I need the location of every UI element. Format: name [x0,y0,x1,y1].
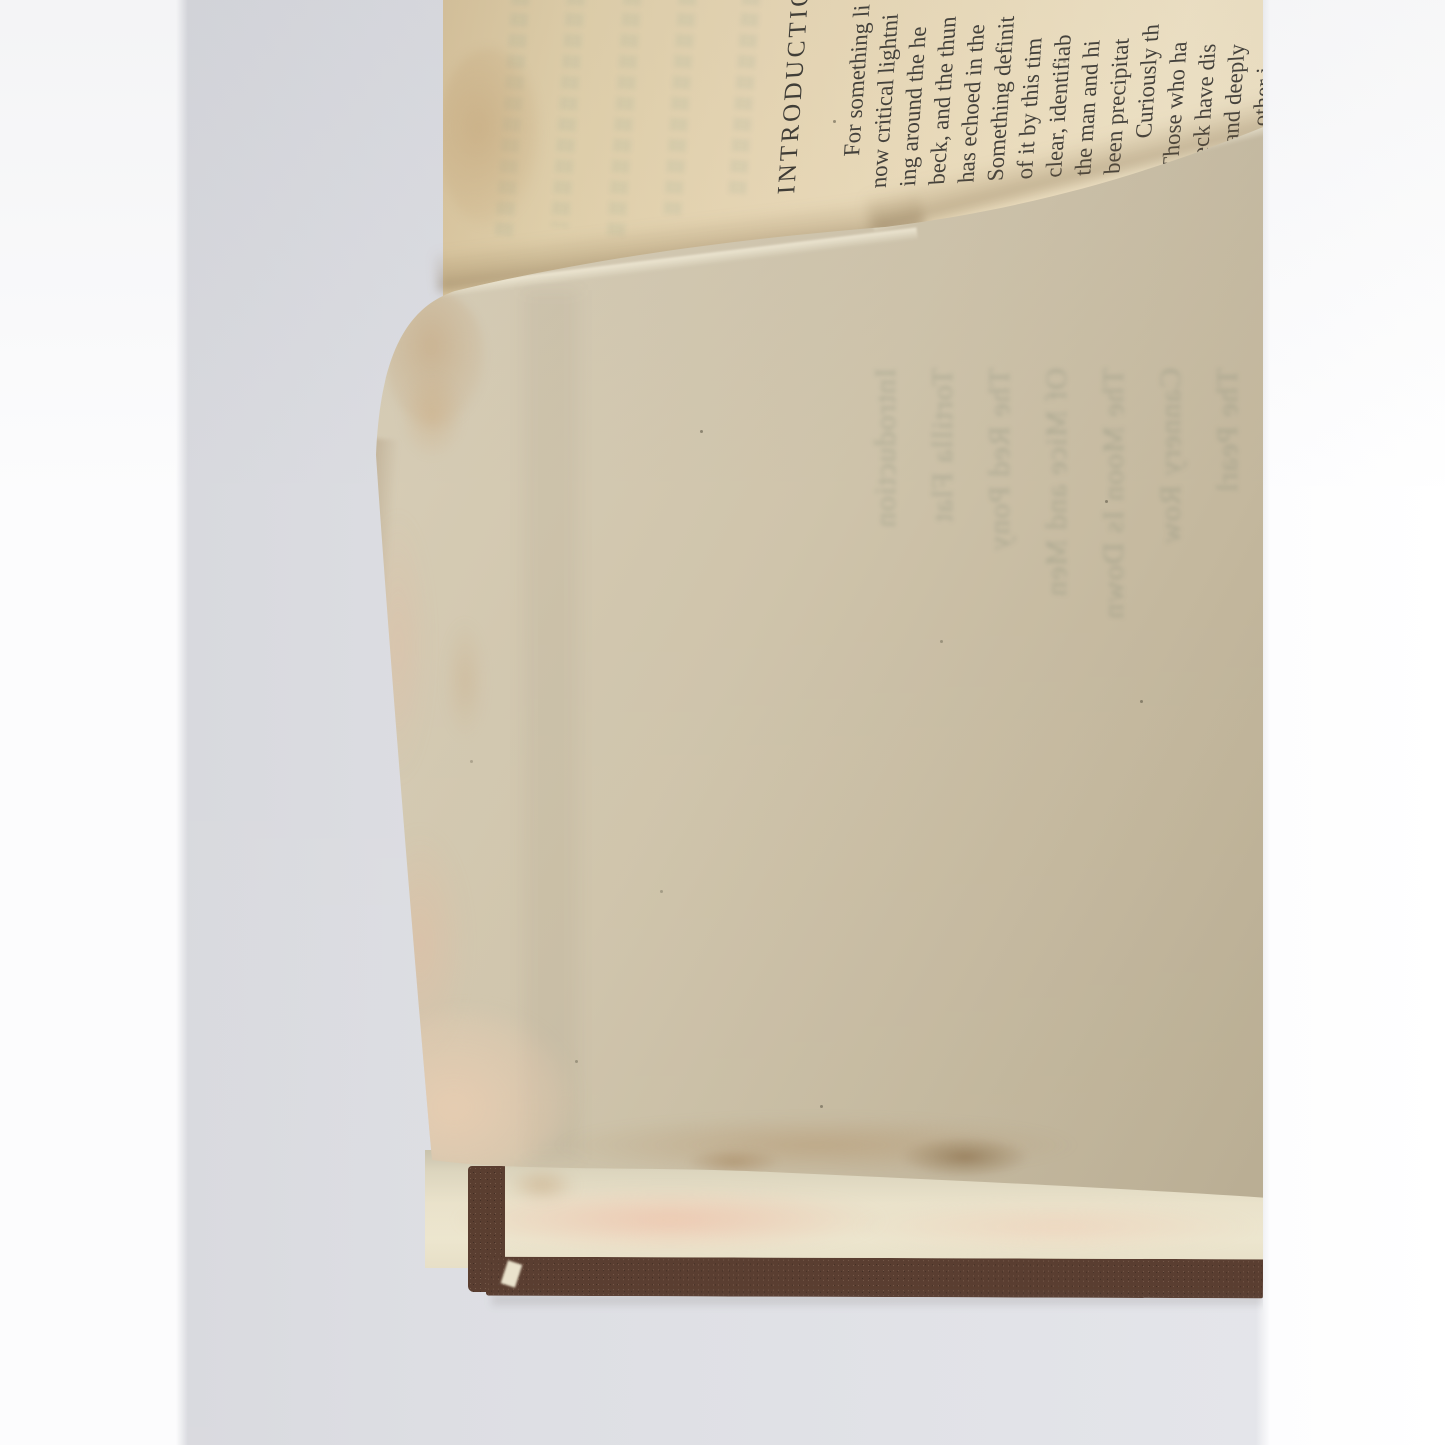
paper-fleck [1105,500,1108,503]
contents-showthrough-entry: The Red Pony [971,368,1028,620]
tan-stain [400,372,464,458]
contents-showthrough-entry: Of Mice and Men [1028,368,1085,620]
pink-stain [374,1008,574,1173]
cover-shadow [492,1294,1263,1305]
pink-stain [366,512,430,782]
foxing-spot [900,1136,1030,1178]
contents-showthrough-entry: Introduction [857,368,914,620]
paper-fleck [700,430,703,433]
contents-showthrough-entry: Cannery Row [1142,368,1199,620]
paper-fleck [940,640,943,643]
book-photo-scene: INTRODUCTION For something linow critica… [0,0,1445,1445]
showthrough-column [728,0,761,202]
contents-showthrough-entry: The Pearl [1199,368,1256,620]
paper-stain [443,48,541,226]
paper-fleck [833,120,836,123]
paper-fleck [1140,700,1143,703]
paper-fleck [1063,60,1066,63]
open-book: INTRODUCTION For something linow critica… [0,0,1263,1445]
showthrough-column [663,0,697,217]
book-cover-edge [486,1257,1263,1299]
contents-showthrough-entry: Tortilla Flat [914,368,971,620]
tan-stain [444,620,486,740]
showthrough-column [606,0,641,242]
pink-stain [855,1202,1255,1252]
contents-showthrough-text: IntroductionTortilla FlatThe Red PonyOf … [857,368,1256,620]
showthrough-column [551,0,585,227]
paper-fleck [660,890,663,893]
paper-fleck [470,760,473,763]
contents-showthrough-entry: The Moon Is Down [1085,368,1142,620]
paper-fleck [820,1105,823,1108]
paper-fleck [575,1060,578,1063]
tan-stain [507,1168,577,1202]
